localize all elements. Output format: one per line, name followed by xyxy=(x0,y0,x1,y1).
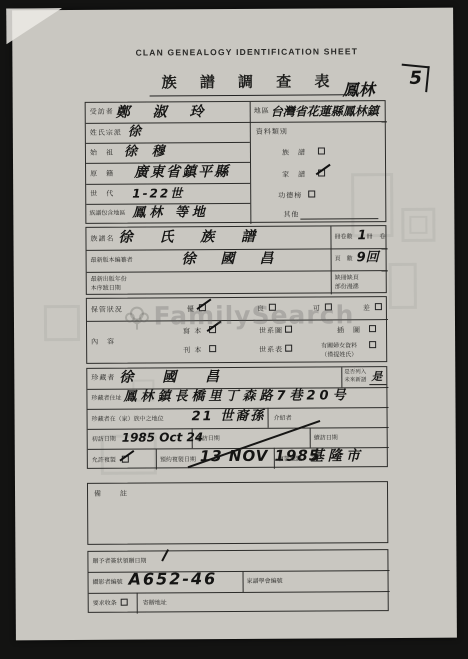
surname-value: 徐 xyxy=(128,126,141,139)
corner-page-number: 5 xyxy=(409,70,422,88)
chinese-title: 族 譜 調 查 表 xyxy=(150,70,347,96)
scan-corner-artifact xyxy=(6,8,62,44)
origin-value: 廣東省鎮平縣 xyxy=(134,165,230,180)
compiler-value: 徐 國 昌 xyxy=(182,252,284,267)
first-visit-value: 1985 Oct 24 xyxy=(122,431,204,443)
corner-note-handwriting: 鳳林 xyxy=(343,82,375,98)
watermark-text: FamilySearch xyxy=(153,300,354,330)
interviewee-label: 受訪者 xyxy=(90,109,114,116)
content-shixibiao-checkbox xyxy=(285,345,292,352)
missing-label-line2: 部份漫漶 xyxy=(335,284,359,290)
english-title: CLAN GENEALOGY IDENTIFICATION SHEET xyxy=(12,46,453,59)
founder-value: 徐 穆 xyxy=(124,145,170,158)
genealogy-title-label: 族譜名 xyxy=(90,236,114,243)
followup-visit-label: 續訪日期 xyxy=(314,435,338,441)
holder-label: 珍藏者 xyxy=(91,375,115,382)
pubyear-label-line2: 本序跋日期 xyxy=(91,286,121,292)
photographer-number-label: 攝影者編號 xyxy=(93,580,123,586)
mail-address-label: 寄贈地址 xyxy=(143,600,167,606)
region-label: 地區 xyxy=(254,108,270,115)
section-identification: 受訪者 鄭 淑 玲 地區 台灣省花蓮縣鳳林鎮 姓氏宗派 徐 始 祖 徐 穆 原 … xyxy=(85,100,387,224)
familysearch-tree-icon xyxy=(124,305,150,331)
material-gongdebang-checkbox xyxy=(308,191,315,198)
holder-address-value: 鳳林鎮長橋里丁森路7巷20号 xyxy=(123,389,349,403)
society-number-label: 家譜學會編號 xyxy=(247,579,283,585)
introducer-label: 介紹者 xyxy=(274,416,292,422)
material-type-label: 資料類別 xyxy=(256,129,288,136)
section-book-info: 族譜名 徐 氏 族 譜 冊卷數 1 冊 卷 最新版本編纂者 徐 國 昌 頁 數 … xyxy=(85,225,386,295)
newlist-label-line2: 未來新譜 xyxy=(344,378,366,384)
survey-form: 受訪者 鄭 淑 玲 地區 台灣省花蓮縣鳳林鎮 姓氏宗派 徐 始 祖 徐 穆 原 … xyxy=(85,100,389,613)
copy-place-value: 基隆市 xyxy=(310,449,364,463)
material-zupu-label: 族 譜 xyxy=(282,150,306,157)
surname-label: 姓氏宗派 xyxy=(90,130,122,137)
remarks-label: 備 註 xyxy=(94,491,133,498)
genealogy-title-value: 徐 氏 族 譜 xyxy=(118,230,266,245)
section-processing: 贈予者簽狀領贈日期 攝影者編號 A652-46 家譜學會編號 要求收条 寄贈地址 xyxy=(87,549,388,613)
ink-mark xyxy=(369,384,386,385)
coverage-label: 族譜包含地區 xyxy=(89,211,125,217)
receipt-request-label: 要求收条 xyxy=(93,601,117,607)
interviewee-value: 鄭 淑 玲 xyxy=(116,105,213,120)
missing-label-line1: 缺冊缺頁 xyxy=(335,275,359,281)
newlist-label-line1: 是否列入 xyxy=(344,370,366,376)
content-women-note: （僅提姓氏） xyxy=(321,352,357,358)
material-zupu-checkbox xyxy=(318,147,325,154)
content-kanben-checkbox xyxy=(209,345,216,352)
holder-address-label: 珍藏者住址 xyxy=(91,396,121,402)
volumes-value: 1 xyxy=(357,229,366,242)
generations-label: 世 代 xyxy=(90,191,114,198)
coverage-value: 鳳林 等地 xyxy=(132,206,209,219)
pubyear-label-line1: 最新出版年份 xyxy=(91,277,127,283)
generations-value: 1-22世 xyxy=(132,187,184,199)
pages-value: 9回 xyxy=(357,251,379,264)
copy-date-label: 預約複製日期 xyxy=(160,457,196,463)
compiler-label: 最新版本編纂者 xyxy=(91,258,133,264)
material-jiapu-label: 家 譜 xyxy=(282,172,306,179)
volumes-label: 冊卷數 xyxy=(334,234,352,240)
artifact-stamp xyxy=(409,216,427,234)
section-remarks: 備 註 xyxy=(87,481,388,545)
scanned-document: { "scan": { "english_title": "CLAN GENEA… xyxy=(0,0,468,659)
familysearch-watermark: FamilySearch xyxy=(74,300,404,331)
donor-label: 贈予者簽狀領贈日期 xyxy=(92,559,146,565)
holder-position-value: 21 世裔孫 xyxy=(192,410,266,423)
content-label: 內 容 xyxy=(91,339,115,346)
material-jiapu-checkbox xyxy=(318,169,325,176)
holder-position-label: 珍藏者在（家）族中之地位 xyxy=(92,416,164,422)
photocopy-page: FamilySearch CLAN GENEALOGY IDENTIFICATI… xyxy=(12,8,457,641)
holder-value: 徐 國 昌 xyxy=(119,370,231,385)
content-women-label: 有關婦女資料 xyxy=(321,343,357,349)
ink-mark xyxy=(161,549,168,561)
content-women-checkbox xyxy=(369,341,376,348)
content-shixibiao-label: 世系表 xyxy=(259,347,283,354)
pages-label: 頁 數 xyxy=(335,256,353,262)
region-value: 台灣省花蓮縣鳳林鎮 xyxy=(271,105,379,118)
newlist-value: 是 xyxy=(371,371,382,382)
material-gongdebang-label: 功德榜 xyxy=(278,193,302,200)
origin-label: 原 籍 xyxy=(90,171,114,178)
photographer-number-value: A652-46 xyxy=(129,571,218,588)
material-other-label: 其他 xyxy=(283,212,299,219)
content-kanben-label: 刊 本 xyxy=(183,347,202,354)
founder-label: 始 祖 xyxy=(90,150,114,157)
receipt-request-checkbox xyxy=(121,599,128,606)
